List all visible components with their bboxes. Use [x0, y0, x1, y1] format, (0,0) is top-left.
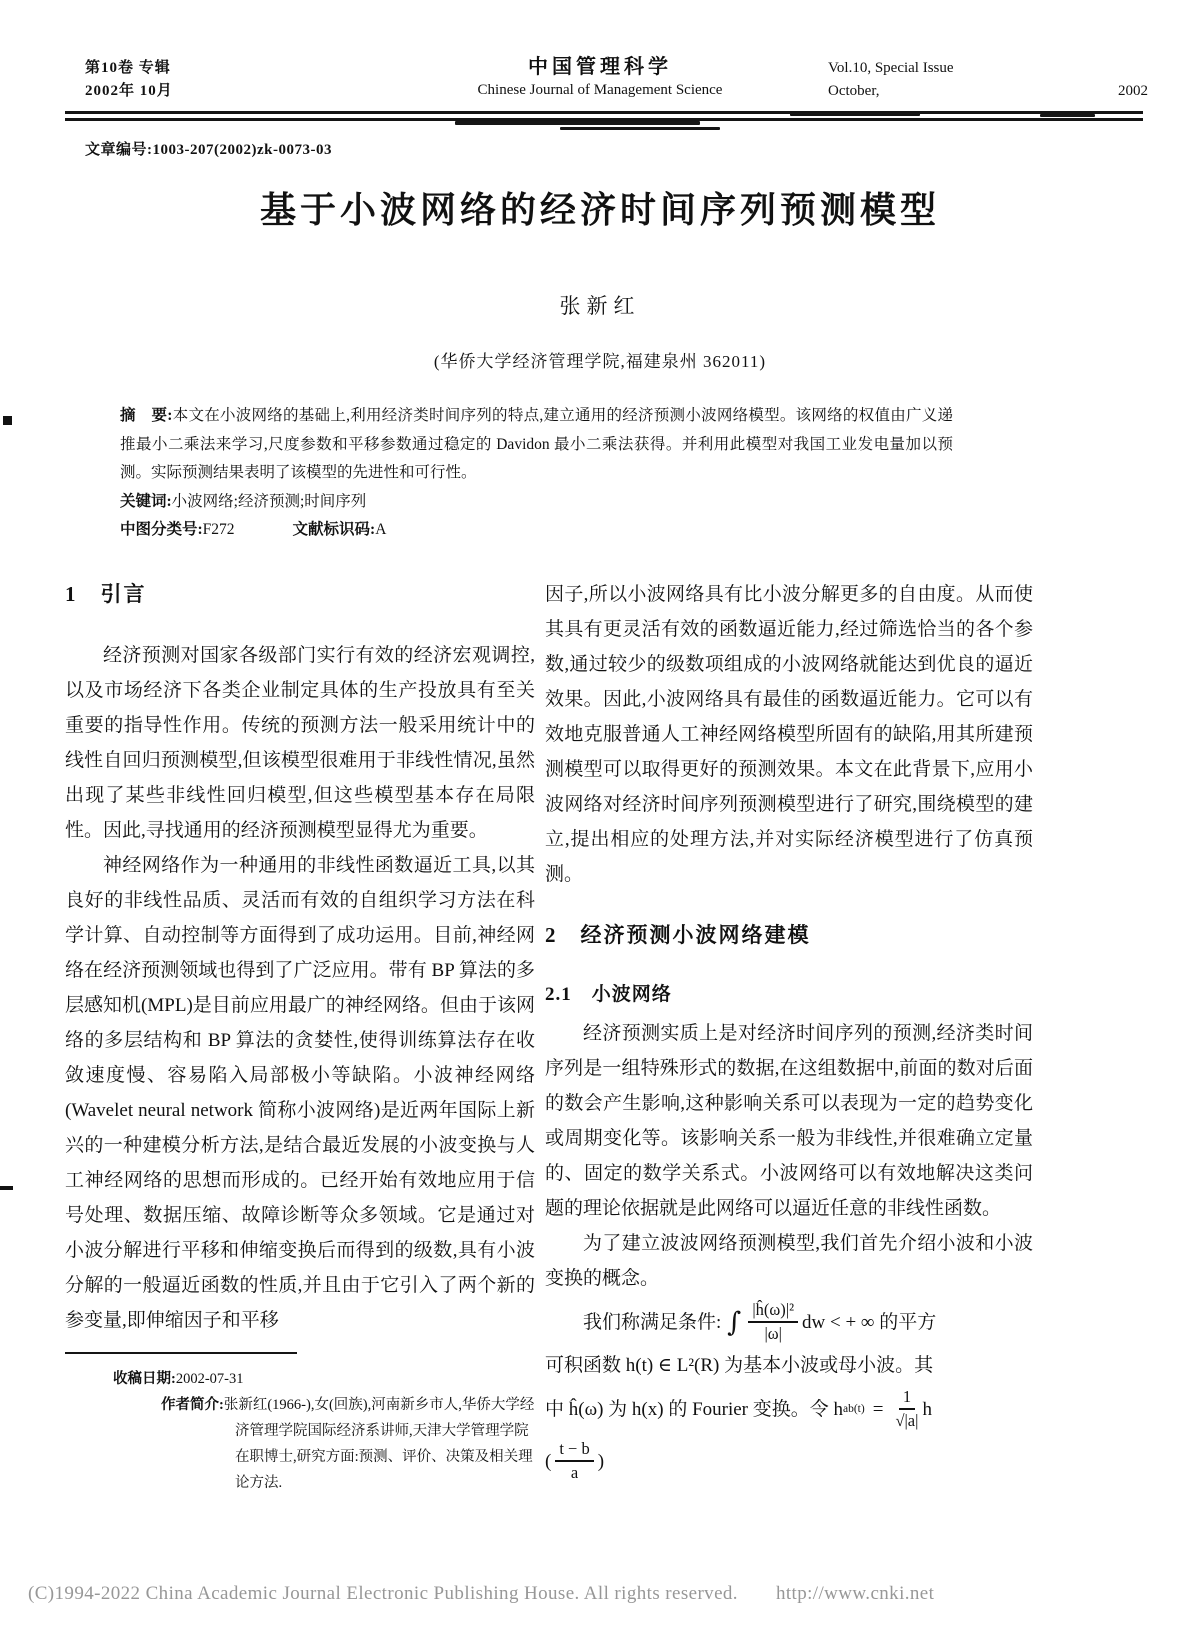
article-number-value: 1003-207(2002)zk-0073-03 — [153, 142, 332, 158]
copyright-text: (C)1994-2022 China Academic Journal Elec… — [28, 1583, 738, 1604]
clc-value: F272 — [203, 521, 235, 538]
article-number-label: 文章编号: — [85, 142, 153, 158]
paper-title: 基于小波网络的经济时间序列预测模型 — [0, 182, 1200, 233]
formula-line-2: 可积函数 h(t) ∈ L²(R) 为基本小波或母小波。其 — [545, 1348, 1033, 1383]
intro-paragraph-2: 神经网络作为一种通用的非线性函数逼近工具,以其良好的非线性品质、灵活而有效的自组… — [65, 848, 535, 1338]
author-bio-label: 作者简介: — [161, 1397, 224, 1413]
wavelet-paragraph-2: 为了建立波波网络预测模型,我们首先介绍小波和小波变换的概念。 — [545, 1226, 1033, 1296]
scan-artifact-dash — [0, 1186, 13, 1190]
scan-smudge-2 — [560, 127, 720, 130]
keywords-label: 关键词: — [120, 493, 172, 510]
classification-line: 中图分类号:F272文献标识码:A — [120, 516, 953, 545]
keywords-text: 小波网络;经济预测;时间序列 — [172, 493, 367, 510]
abstract-text: 本文在小波网络的基础上,利用经济类时间序列的特点,建立通用的经济预测小波网络模型… — [120, 407, 953, 481]
formula-condition-line: 我们称满足条件: ∫ |ĥ(ω)|² |ω| dw < + ∞ 的平方 — [545, 1296, 1033, 1348]
open-paren: ( — [545, 1444, 551, 1479]
cnki-url: http://www.cnki.net — [776, 1583, 934, 1604]
footnote-block: 收稿日期:2002-07-31 作者简介:张新红(1966-),女(回族),河南… — [65, 1352, 535, 1496]
journal-month-en: October, — [828, 80, 879, 103]
author-affiliation: (华侨大学经济管理学院,福建泉州 362011) — [0, 347, 1200, 372]
doc-code-value: A — [375, 521, 386, 538]
scan-smudge-4 — [1040, 114, 1095, 117]
header-rule-top — [65, 111, 1143, 114]
keywords-line: 关键词:小波网络;经济预测;时间序列 — [120, 488, 953, 517]
fraction-h-omega: |ĥ(ω)|² |ω| — [748, 1300, 798, 1344]
received-date-line: 收稿日期:2002-07-31 — [113, 1366, 535, 1392]
footnote-divider — [65, 1352, 297, 1354]
formula-line-3-h: h — [922, 1392, 932, 1427]
abstract-paragraph: 摘 要:本文在小波网络的基础上,利用经济类时间序列的特点,建立通用的经济预测小波… — [120, 402, 953, 488]
author-bio-text: 张新红(1966-),女(回族),河南新乡市人,华侨大学经济管理学院国际经济系讲… — [224, 1397, 535, 1491]
scan-smudge-3 — [790, 113, 920, 116]
author-bio-line: 作者简介:张新红(1966-),女(回族),河南新乡市人,华侨大学经济管理学院国… — [113, 1392, 535, 1496]
received-date-value: 2002-07-31 — [176, 1371, 244, 1387]
section-2-1-heading: 2.1 小波网络 — [545, 977, 1033, 1012]
journal-year-en: 2002 — [1118, 80, 1148, 103]
abstract-label: 摘 要: — [120, 407, 172, 424]
fraction-denominator: |ω| — [764, 1323, 781, 1344]
footer: (C)1994-2022 China Academic Journal Elec… — [28, 1583, 972, 1605]
equals-sign: = — [873, 1392, 884, 1427]
close-paren: ) — [598, 1444, 604, 1479]
section-2-heading: 2 经济预测小波网络建模 — [545, 918, 1033, 953]
section-1-heading: 1 引言 — [65, 577, 535, 612]
fraction-denominator: a — [571, 1462, 578, 1483]
clc-label: 中图分类号: — [120, 521, 203, 538]
journal-volume-en: Vol.10, Special Issue — [828, 57, 1158, 80]
fraction-numerator: 1 — [899, 1387, 915, 1410]
h-subscript: ab(t) — [843, 1392, 865, 1427]
fraction-t-minus-b-over-a: t − b a — [555, 1439, 593, 1483]
author-name: 张新红 — [0, 290, 1200, 320]
journal-issue-block-en: Vol.10, Special Issue October, 2002 — [828, 57, 1158, 103]
formula-line-3: 中 ĥ(ω) 为 h(x) 的 Fourier 变换。令 hab(t) = 1 … — [545, 1383, 1033, 1435]
fraction-numerator: |ĥ(ω)|² — [748, 1300, 798, 1323]
formula-line-4: ( t − b a ) — [545, 1435, 1033, 1487]
abstract-block: 摘 要:本文在小波网络的基础上,利用经济类时间序列的特点,建立通用的经济预测小波… — [120, 402, 953, 545]
article-number: 文章编号:1003-207(2002)zk-0073-03 — [85, 138, 332, 159]
left-column: 1 引言 经济预测对国家各级部门实行有效的经济宏观调控,以及市场经济下各类企业制… — [65, 577, 535, 1496]
scan-smudge-1 — [455, 121, 700, 125]
formula-intro-text: 我们称满足条件: — [583, 1305, 721, 1340]
fraction-one-over-sqrt-a: 1 √|a| — [895, 1387, 918, 1431]
fraction-denominator: √|a| — [895, 1410, 918, 1431]
formula-line-3-text: 中 ĥ(ω) 为 h(x) 的 Fourier 变换。令 h — [545, 1392, 843, 1427]
scan-artifact-dot — [3, 416, 12, 425]
formula-condition-tail: dw < + ∞ 的平方 — [802, 1305, 936, 1340]
integral-symbol: ∫ — [727, 1305, 741, 1340]
wavelet-paragraph-1: 经济预测实质上是对经济时间序列的预测,经济类时间序列是一组特殊形式的数据,在这组… — [545, 1016, 1033, 1226]
intro-paragraph-1: 经济预测对国家各级部门实行有效的经济宏观调控,以及市场经济下各类企业制定具体的生… — [65, 638, 535, 848]
continuation-paragraph: 因子,所以小波网络具有比小波分解更多的自由度。从而使其具有更灵活有效的函数逼近能… — [545, 577, 1033, 892]
fraction-numerator: t − b — [555, 1439, 593, 1462]
received-date-label: 收稿日期: — [113, 1371, 176, 1387]
doc-code-label: 文献标识码: — [293, 521, 376, 538]
right-column: 因子,所以小波网络具有比小波分解更多的自由度。从而使其具有更灵活有效的函数逼近能… — [545, 577, 1033, 1487]
